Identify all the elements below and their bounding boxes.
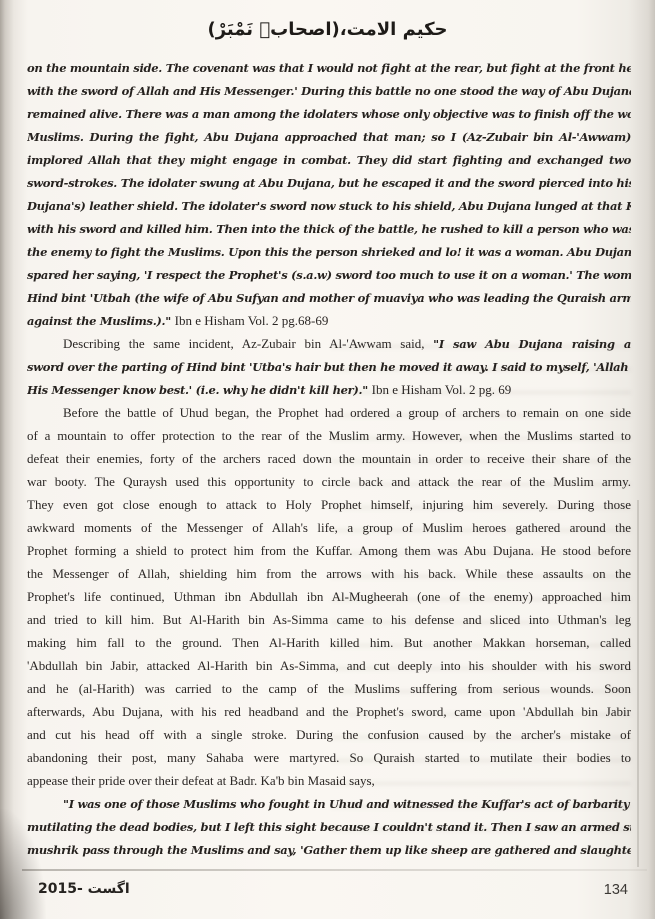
page-number: 134 <box>604 882 628 898</box>
text-line: and cut his head off with a single strok… <box>27 723 631 746</box>
scanned-book-page: حکیم الامت،(اصحابؓ نَمْبَرْ) on the moun… <box>0 0 655 919</box>
page-header-arabic-title: حکیم الامت،(اصحابؓ نَمْبَرْ) <box>0 19 655 40</box>
body-text: appease their pride over their defeat at… <box>27 773 375 788</box>
text-line: "I was one of those Muslims who fought i… <box>27 792 631 815</box>
body-text: awkward moments of the Messenger of Alla… <box>27 520 631 535</box>
text-line: Prophet forming a shield to protect him … <box>27 539 631 562</box>
scan-corner-shadow <box>0 809 46 919</box>
text-line: Describing the same incident, Az-Zubair … <box>27 332 631 355</box>
text-line: Hind bint 'Utbah (the wife of Abu Sufyan… <box>27 286 631 309</box>
body-text: making him fall to the ground. Then Al-H… <box>27 635 631 650</box>
body-text: 'Abdullah bin Jabir, attacked Al-Harith … <box>27 658 631 673</box>
text-block: on the mountain side. The covenant was t… <box>27 56 631 861</box>
text-line: against the Muslims.)." Ibn e Hisham Vol… <box>27 309 631 332</box>
quote-text: Muslims. During the fight, Abu Dujana ap… <box>27 130 631 144</box>
text-line: mushrik pass through the Muslims and say… <box>27 838 631 861</box>
body-text: Ibn e Hisham Vol. 2 pg.68-69 <box>175 313 329 328</box>
text-line: mutilating the dead bodies, but I left t… <box>27 815 631 838</box>
paragraph: Describing the same incident, Az-Zubair … <box>27 332 631 401</box>
text-line: His Messenger know best.' (i.e. why he d… <box>27 378 631 401</box>
text-line: and he (al-Harith) was carried to the ca… <box>27 677 631 700</box>
quote-text: with his sword and killed him. Then into… <box>27 222 631 236</box>
quote-text: sword-strokes. The idolater swung at Abu… <box>27 176 631 190</box>
text-line: on the mountain side. The covenant was t… <box>27 56 631 79</box>
text-line: with the sword of Allah and His Messenge… <box>27 79 631 102</box>
text-line: afterwards, Abu Dujana, with his red hea… <box>27 700 631 723</box>
body-text: Ibn e Hisham Vol. 2 pg. 69 <box>372 382 512 397</box>
quote-text: Hind bint 'Utbah (the wife of Abu Sufyan… <box>27 291 631 305</box>
text-line: war booty. The Quraysh used this opportu… <box>27 470 631 493</box>
text-line: making him fall to the ground. Then Al-H… <box>27 631 631 654</box>
quote-text: mutilating the dead bodies, but I left t… <box>27 820 631 834</box>
text-line: sword over the parting of Hind bint 'Utb… <box>27 355 631 378</box>
quote-text: Dujana's) leather shield. The idolater's… <box>27 199 631 213</box>
body-text: Prophet's life continued, Uthman ibn Abd… <box>27 589 631 604</box>
text-line: defeat their enemies, forty of the arche… <box>27 447 631 470</box>
quote-text: against the Muslims.)." <box>27 314 175 328</box>
text-line: They even got close enough to attack to … <box>27 493 631 516</box>
body-text: afterwards, Abu Dujana, with his red hea… <box>27 704 631 719</box>
quote-text: spared her saying, 'I respect the Prophe… <box>27 268 631 282</box>
quote-text: the enemy to fight the Muslims. Upon thi… <box>27 245 631 259</box>
text-line: the enemy to fight the Muslims. Upon thi… <box>27 240 631 263</box>
body-text: Before the battle of Uhud began, the Pro… <box>63 405 631 420</box>
text-line: sword-strokes. The idolater swung at Abu… <box>27 171 631 194</box>
body-text: of a mountain to offer protection to the… <box>27 428 631 443</box>
body-text: and cut his head off with a single strok… <box>27 727 631 742</box>
quote-text: implored Allah that they might engage in… <box>27 153 631 167</box>
body-text: Prophet forming a shield to protect him … <box>27 543 631 558</box>
text-line: Muslims. During the fight, Abu Dujana ap… <box>27 125 631 148</box>
footer-divider-line <box>22 869 647 871</box>
body-text: abandoning their post, many Sahaba were … <box>27 750 631 765</box>
text-line: Before the battle of Uhud began, the Pro… <box>27 401 631 424</box>
quote-text: His Messenger know best.' (i.e. why he d… <box>27 383 372 397</box>
quote-text: on the mountain side. The covenant was t… <box>27 61 631 75</box>
paragraph: Before the battle of Uhud began, the Pro… <box>27 401 631 792</box>
paragraph: "I was one of those Muslims who fought i… <box>27 792 631 861</box>
body-text: defeat their enemies, forty of the arche… <box>27 451 631 466</box>
text-line: 'Abdullah bin Jabir, attacked Al-Harith … <box>27 654 631 677</box>
quote-text: "I was one of those Muslims who fought i… <box>63 797 631 811</box>
quote-text: remained alive. There was a man among th… <box>27 107 631 121</box>
body-text: the Messenger of Allah, shielding him fr… <box>27 566 631 581</box>
text-line: of a mountain to offer protection to the… <box>27 424 631 447</box>
text-line: with his sword and killed him. Then into… <box>27 217 631 240</box>
text-line: remained alive. There was a man among th… <box>27 102 631 125</box>
text-line: spared her saying, 'I respect the Prophe… <box>27 263 631 286</box>
footer-issue-date: اگست -2015 <box>38 881 130 897</box>
text-line: and tried to kill him. But Al-Harith bin… <box>27 608 631 631</box>
body-text: and he (al-Harith) was carried to the ca… <box>27 681 631 696</box>
text-line: abandoning their post, many Sahaba were … <box>27 746 631 769</box>
text-line: Dujana's) leather shield. The idolater's… <box>27 194 631 217</box>
quote-text: "I saw Abu Dujana raising a <box>433 337 631 351</box>
text-line: implored Allah that they might engage in… <box>27 148 631 171</box>
text-line: awkward moments of the Messenger of Alla… <box>27 516 631 539</box>
body-text: war booty. The Quraysh used this opportu… <box>27 474 631 489</box>
body-text: and tried to kill him. But Al-Harith bin… <box>27 612 631 627</box>
scan-edge-artifact <box>637 500 639 867</box>
paragraph: on the mountain side. The covenant was t… <box>27 56 631 332</box>
quote-text: with the sword of Allah and His Messenge… <box>27 84 631 98</box>
body-text: They even got close enough to attack to … <box>27 497 631 512</box>
text-line: the Messenger of Allah, shielding him fr… <box>27 562 631 585</box>
quote-text: sword over the parting of Hind bint 'Utb… <box>27 360 631 374</box>
body-text: Describing the same incident, Az-Zubair … <box>63 336 433 351</box>
quote-text: mushrik pass through the Muslims and say… <box>27 843 631 857</box>
text-line: appease their pride over their defeat at… <box>27 769 631 792</box>
text-line: Prophet's life continued, Uthman ibn Abd… <box>27 585 631 608</box>
